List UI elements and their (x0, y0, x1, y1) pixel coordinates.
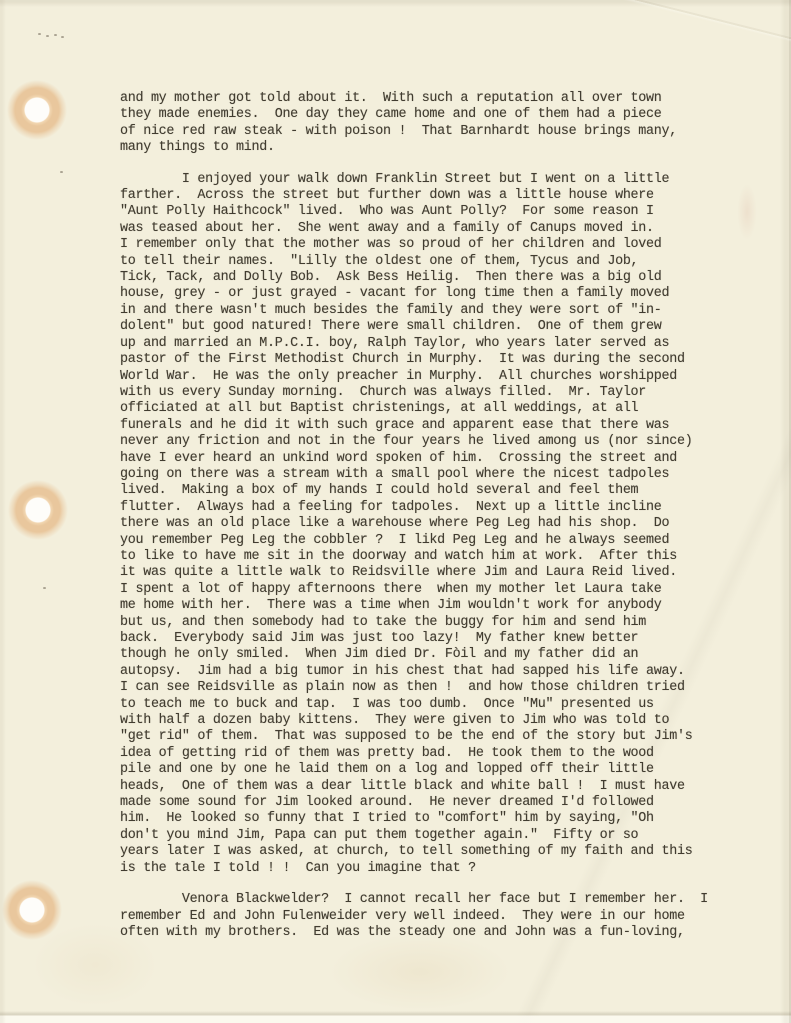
letter-body: and my mother got told about it. With su… (120, 91, 720, 956)
paper-speck (43, 587, 46, 589)
paper-speck (54, 34, 57, 36)
paper-speck (46, 35, 49, 37)
paragraph-3: Venora Blackwelder? I cannot recall her … (120, 892, 720, 941)
punch-hole-bottom (2, 880, 62, 940)
punch-hole-top (7, 80, 67, 140)
paper-crease (610, 0, 791, 50)
punch-hole-middle (8, 480, 68, 540)
paragraph-1: and my mother got told about it. With su… (120, 91, 720, 157)
paper-speck (61, 36, 64, 38)
letter-page: and my mother got told about it. With su… (0, 0, 791, 1023)
paper-speck (38, 33, 41, 35)
paper-speck (60, 171, 63, 173)
paragraph-2: I enjoyed your walk down Franklin Street… (120, 172, 720, 877)
